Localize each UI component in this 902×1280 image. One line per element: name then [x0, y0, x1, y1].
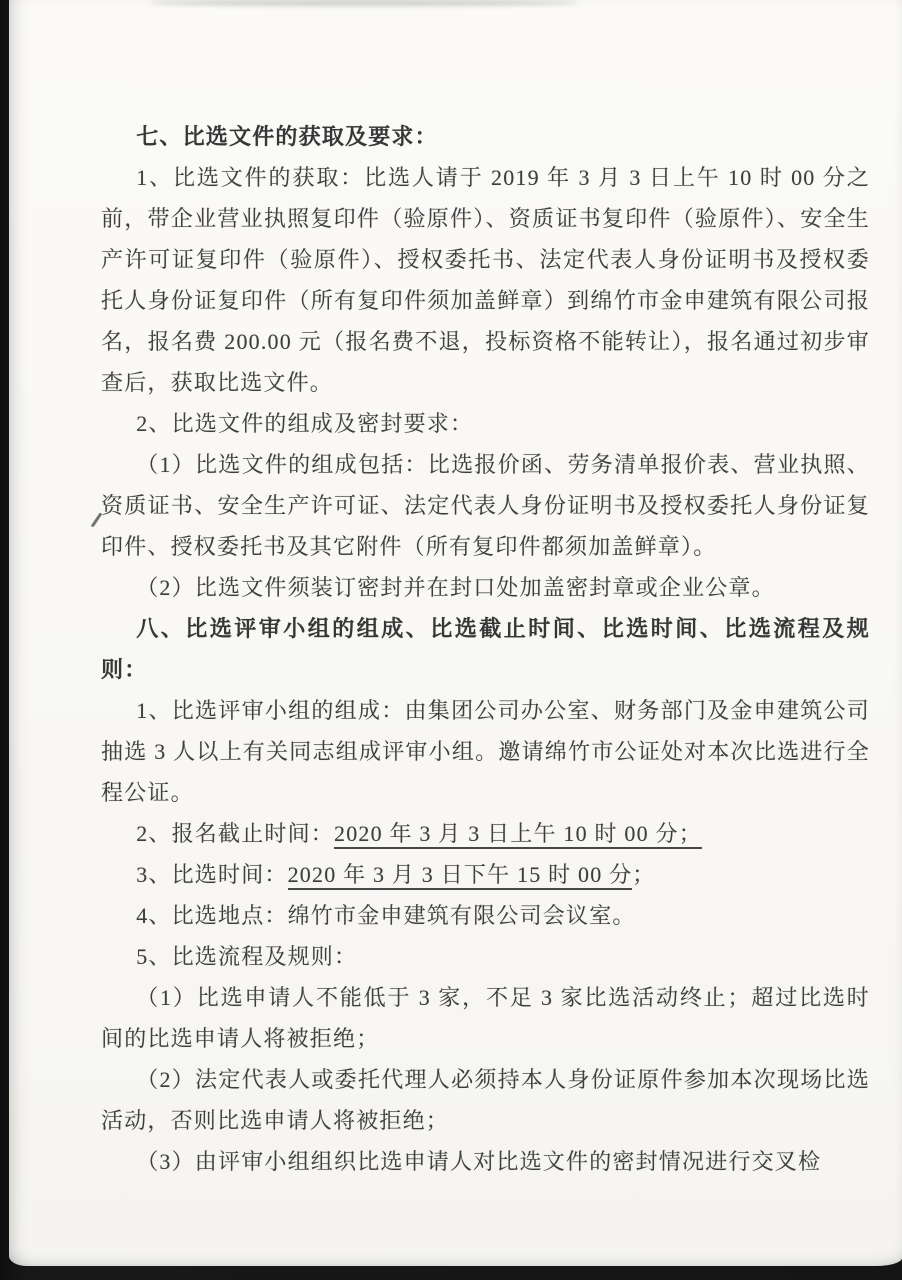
paragraph-sec7-item1: 1、比选文件的获取：比选人请于 2019 年 3 月 3 日上午 10 时 00… — [101, 157, 870, 403]
text-segment: 七、比选文件的获取及要求： — [136, 124, 438, 149]
underlined-text: 2020 年 3 月 3 日上午 10 时 00 分； — [334, 821, 702, 849]
text-segment: （1）比选申请人不能低于 3 家，不足 3 家比选活动终止；超过比选时间的比选申… — [101, 985, 870, 1051]
text-segment: 2、报名截止时间： — [136, 821, 334, 846]
document-content: 七、比选文件的获取及要求：1、比选文件的获取：比选人请于 2019 年 3 月 … — [9, 0, 902, 1182]
text-segment: ； — [632, 862, 655, 887]
text-segment: （3）由评审小组组织比选申请人对比选文件的密封情况进行交叉检 — [136, 1149, 821, 1174]
text-segment: 1、比选评审小组的组成：由集团公司办公室、财务部门及金申建筑公司抽选 3 人以上… — [101, 698, 870, 805]
text-segment: 2、比选文件的组成及密封要求： — [136, 411, 473, 436]
text-segment: （1）比选文件的组成包括：比选报价函、劳务清单报价表、营业执照、资质证书、安全生… — [101, 452, 870, 559]
paragraph-sec8-item5-sub2: （2）法定代表人或委托代理人必须持本人身份证原件参加本次现场比选活动，否则比选申… — [101, 1059, 870, 1141]
paragraph-sec8-item1: 1、比选评审小组的组成：由集团公司办公室、财务部门及金申建筑公司抽选 3 人以上… — [101, 690, 870, 813]
text-segment: 5、比选流程及规则： — [136, 944, 357, 969]
text-segment: 3、比选时间： — [136, 862, 287, 887]
text-segment: （2）比选文件须装订密封并在封口处加盖密封章或企业公章。 — [136, 575, 775, 600]
text-segment: 1、比选文件的获取：比选人请于 2019 年 3 月 3 日上午 10 时 00… — [101, 165, 870, 395]
paragraph-sec8-item5-sub3: （3）由评审小组组织比选申请人对比选文件的密封情况进行交叉检 — [101, 1141, 870, 1182]
document-page: 七、比选文件的获取及要求：1、比选文件的获取：比选人请于 2019 年 3 月 … — [9, 0, 902, 1266]
paragraph-sec8-item3: 3、比选时间：2020 年 3 月 3 日下午 15 时 00 分； — [101, 854, 870, 895]
paragraph-sec8-item5: 5、比选流程及规则： — [101, 936, 870, 977]
paragraph-sec8-item5-sub1: （1）比选申请人不能低于 3 家，不足 3 家比选活动终止；超过比选时间的比选申… — [101, 977, 870, 1059]
paragraph-sec8-item4: 4、比选地点：绵竹市金申建筑有限公司会议室。 — [101, 895, 870, 936]
paragraph-sec7-item2-sub2: （2）比选文件须装订密封并在封口处加盖密封章或企业公章。 — [101, 567, 870, 608]
text-segment: 4、比选地点：绵竹市金申建筑有限公司会议室。 — [136, 903, 635, 928]
underlined-text: 2020 年 3 月 3 日下午 15 时 00 分 — [288, 862, 633, 890]
paragraph-sec7-item2-sub1: （1）比选文件的组成包括：比选报价函、劳务清单报价表、营业执照、资质证书、安全生… — [101, 444, 870, 567]
paragraph-sec8-heading: 八、比选评审小组的组成、比选截止时间、比选时间、比选流程及规则： — [101, 608, 870, 690]
text-segment: （2）法定代表人或委托代理人必须持本人身份证原件参加本次现场比选活动，否则比选申… — [101, 1067, 870, 1133]
paragraph-sec7-item2: 2、比选文件的组成及密封要求： — [101, 403, 870, 444]
paragraph-sec8-item2: 2、报名截止时间：2020 年 3 月 3 日上午 10 时 00 分； — [101, 813, 870, 854]
text-segment: 八、比选评审小组的组成、比选截止时间、比选时间、比选流程及规则： — [101, 616, 870, 682]
paragraph-sec7-heading: 七、比选文件的获取及要求： — [101, 116, 870, 157]
